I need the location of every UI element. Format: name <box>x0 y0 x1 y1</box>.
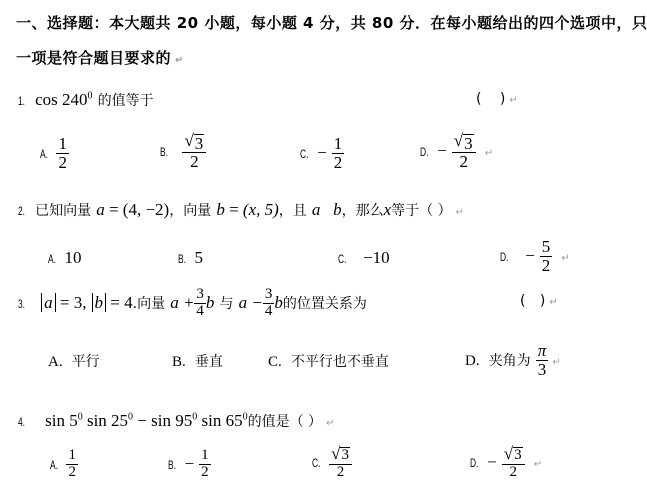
denominator: 2 <box>66 465 78 481</box>
vector-b-value: (x, 5) <box>243 200 279 219</box>
stem-text: 的位置关系为 <box>283 296 367 312</box>
paragraph-mark-icon: ↵ <box>175 55 184 66</box>
answer-blank: ( )↵ <box>520 293 558 309</box>
question-number: 2. <box>18 204 25 218</box>
vector-a: a <box>96 200 105 219</box>
numerator: 5 <box>540 238 553 257</box>
degree-sup: 0 <box>88 90 93 101</box>
denominator: 2 <box>188 153 201 171</box>
condition-a: a <box>312 200 321 219</box>
numerator: 3 <box>263 287 275 304</box>
cos-term: cos 240 <box>35 90 87 109</box>
expr-suffix: b <box>206 293 215 312</box>
q2-option-c[interactable]: C. −10 <box>338 248 390 268</box>
section-heading-line2-text: 一项是符合题目要求的 <box>16 49 171 67</box>
fraction: √32 <box>182 132 206 171</box>
q3-option-d[interactable]: D. 夹角为 π3↵ <box>465 342 561 379</box>
denominator: 2 <box>507 465 519 481</box>
question-1-stem: 1. cos 2400 的值等于 <box>18 90 154 110</box>
sqrt-icon: √3 <box>504 445 523 463</box>
question-4-stem: 4. sin 50 sin 250 − sin 950 sin 650的值是（ … <box>18 411 334 431</box>
stem-text: 的值是（ ） <box>248 414 322 430</box>
radicand: 3 <box>340 447 350 463</box>
option-value: 5 <box>194 248 203 267</box>
denominator: 2 <box>540 257 553 275</box>
stem-text: ，向量 <box>169 203 211 219</box>
fraction: 12 <box>332 135 345 172</box>
question-number: 3. <box>18 297 25 311</box>
paragraph-mark-icon: ↵ <box>561 253 569 264</box>
magnitude-a: a = 3, <box>41 293 86 312</box>
value: = 4 <box>110 293 132 312</box>
minus-sign: − <box>487 452 497 471</box>
radical-sign: √ <box>454 132 463 150</box>
term: − sin 95 <box>133 411 192 430</box>
term: sin 5 <box>45 411 78 430</box>
option-label: B. <box>172 354 186 370</box>
minus-sign: − <box>525 246 535 265</box>
paragraph-mark-icon: ↵ <box>534 459 542 470</box>
denominator: 3 <box>536 361 549 379</box>
option-value: −10 <box>363 248 390 267</box>
option-text: 平行 <box>72 354 100 370</box>
numerator: √3 <box>182 132 206 153</box>
question-number: 1. <box>18 94 25 108</box>
numerator: √3 <box>329 445 352 465</box>
sqrt-icon: √3 <box>184 132 204 152</box>
q1-option-a[interactable]: A. 12 <box>40 135 69 172</box>
option-text: 不平行也不垂直 <box>291 354 389 370</box>
option-label: C. <box>268 354 282 370</box>
expr-prefix: a − <box>239 293 263 312</box>
term: sin 65 <box>197 411 242 430</box>
q1-option-c[interactable]: C. − 12 <box>300 135 344 172</box>
radicand: 3 <box>463 134 474 152</box>
paragraph-mark-icon: ↵ <box>549 297 557 308</box>
vector-a-definition: a = (4, −2) <box>96 200 169 219</box>
expr-suffix: b <box>274 293 283 312</box>
numerator: 1 <box>56 135 69 154</box>
numerator: 1 <box>199 448 211 465</box>
option-label: D. <box>420 145 428 159</box>
option-label: A. <box>50 458 58 472</box>
numerator: 1 <box>66 448 78 465</box>
q1-option-d[interactable]: D. − √32 ↵ <box>420 132 493 171</box>
option-label: B. <box>178 252 186 266</box>
q4-option-a[interactable]: A. 12 <box>50 448 78 481</box>
question-number: 4. <box>18 415 25 429</box>
value: = 3, <box>60 293 87 312</box>
minus-sign: − <box>437 141 447 160</box>
q1-option-b[interactable]: B. √32 <box>160 132 206 171</box>
question-3-stem: 3. a = 3, b = 4.向量 a +34b 与 a −34b的位置关系为 <box>18 287 367 320</box>
q2-option-a[interactable]: A. 10 <box>48 248 81 268</box>
minus-sign: − <box>317 143 327 162</box>
denominator: 2 <box>335 465 347 481</box>
option-label: B. <box>168 458 176 472</box>
fraction: √32 <box>502 445 525 481</box>
numerator: √3 <box>452 132 476 153</box>
q3-option-a[interactable]: A. 平行 <box>48 351 100 371</box>
option-text: 垂直 <box>195 354 223 370</box>
option-text: 夹角为 <box>489 353 531 369</box>
denominator: 4 <box>194 304 206 320</box>
paragraph-mark-icon: ↵ <box>552 357 560 368</box>
option-label: C. <box>312 456 320 470</box>
sqrt-icon: √3 <box>454 132 474 152</box>
q2-option-b[interactable]: B. 5 <box>178 248 203 268</box>
vector-a-value: (4, −2) <box>123 200 169 219</box>
answer-parentheses: ( ) <box>520 293 545 309</box>
fraction: π3 <box>536 342 549 379</box>
fraction: 12 <box>56 135 69 172</box>
radicand: 3 <box>513 447 523 463</box>
q4-option-b[interactable]: B. − 12 <box>168 448 211 481</box>
option-label: C. <box>300 147 308 161</box>
option-label: D. <box>465 353 480 369</box>
fraction: √32 <box>329 445 352 481</box>
denominator: 4 <box>263 304 275 320</box>
denominator: 2 <box>332 154 345 172</box>
sqrt-icon: √3 <box>331 445 350 463</box>
radical-sign: √ <box>331 445 340 463</box>
denominator: 2 <box>457 153 470 171</box>
section-heading-line2: 一项是符合题目要求的↵ <box>16 47 184 68</box>
q4-option-d[interactable]: D. − √32 ↵ <box>470 445 542 481</box>
expr-prefix: a + <box>170 293 194 312</box>
option-value: 10 <box>64 248 81 267</box>
vector-b-definition: b = (x, 5) <box>216 200 278 219</box>
q4-option-c[interactable]: C. √32 <box>312 445 352 481</box>
minus-sign: − <box>184 454 194 473</box>
stem-text: 的值等于 <box>98 93 154 109</box>
radicand: 3 <box>194 134 205 152</box>
option-label: B. <box>160 145 168 159</box>
option-label: A. <box>40 147 48 161</box>
magnitude-b: b = 4 <box>92 293 133 312</box>
q3-option-c[interactable]: C. 不平行也不垂直 <box>268 351 389 371</box>
stem-text: ，且 <box>279 203 307 219</box>
numerator: 3 <box>194 287 206 304</box>
option-label: A. <box>48 354 63 370</box>
paragraph-mark-icon: ↵ <box>456 207 464 218</box>
condition-b: b <box>333 200 342 219</box>
numerator: √3 <box>502 445 525 465</box>
q3-option-b[interactable]: B. 垂直 <box>172 351 223 371</box>
radical-sign: √ <box>184 132 193 150</box>
fraction: 12 <box>66 448 78 481</box>
section-heading-line1: 一、选择题：本大题共 20 小题，每小题 4 分，共 80 分．在每小题给出的四… <box>16 12 647 33</box>
paragraph-mark-icon: ↵ <box>485 148 493 159</box>
fraction: √32 <box>452 132 476 171</box>
numerator-pi: π <box>536 342 549 361</box>
option-label: D. <box>500 250 508 264</box>
stem-text: 与 <box>220 296 234 312</box>
vector-b: b <box>216 200 225 219</box>
stem-text: .向量 <box>133 296 165 312</box>
radical-sign: √ <box>504 445 513 463</box>
paragraph-mark-icon: ↵ <box>326 418 334 429</box>
option-label: A. <box>48 252 56 266</box>
condition: a b <box>312 200 342 219</box>
q2-option-d[interactable]: D. − 52 ↵ <box>500 238 570 275</box>
option-label: C. <box>338 252 346 266</box>
numerator: 1 <box>332 135 345 154</box>
math-expression: cos 2400 <box>35 90 92 109</box>
stem-text: ，那么 <box>342 203 384 219</box>
fraction: 34 <box>263 287 275 320</box>
math-expression: sin 50 sin 250 − sin 950 sin 650 <box>45 411 247 430</box>
term: sin 25 <box>83 411 128 430</box>
stem-text: 已知向量 <box>35 203 91 219</box>
abs-a: a <box>41 293 56 312</box>
denominator: 2 <box>56 154 69 172</box>
answer-blank: ( )↵ <box>476 91 518 107</box>
question-2-stem: 2. 已知向量 a = (4, −2)，向量 b = (x, 5)，且 a b，… <box>18 200 464 220</box>
fraction: 12 <box>199 448 211 481</box>
paragraph-mark-icon: ↵ <box>509 95 517 106</box>
abs-b: b <box>92 293 107 312</box>
fraction: 52 <box>540 238 553 275</box>
fraction: 34 <box>194 287 206 320</box>
answer-parentheses: ( ) <box>476 91 505 107</box>
option-label: D. <box>470 456 478 470</box>
denominator: 2 <box>199 465 211 481</box>
stem-text: 等于（ ） <box>391 203 451 219</box>
